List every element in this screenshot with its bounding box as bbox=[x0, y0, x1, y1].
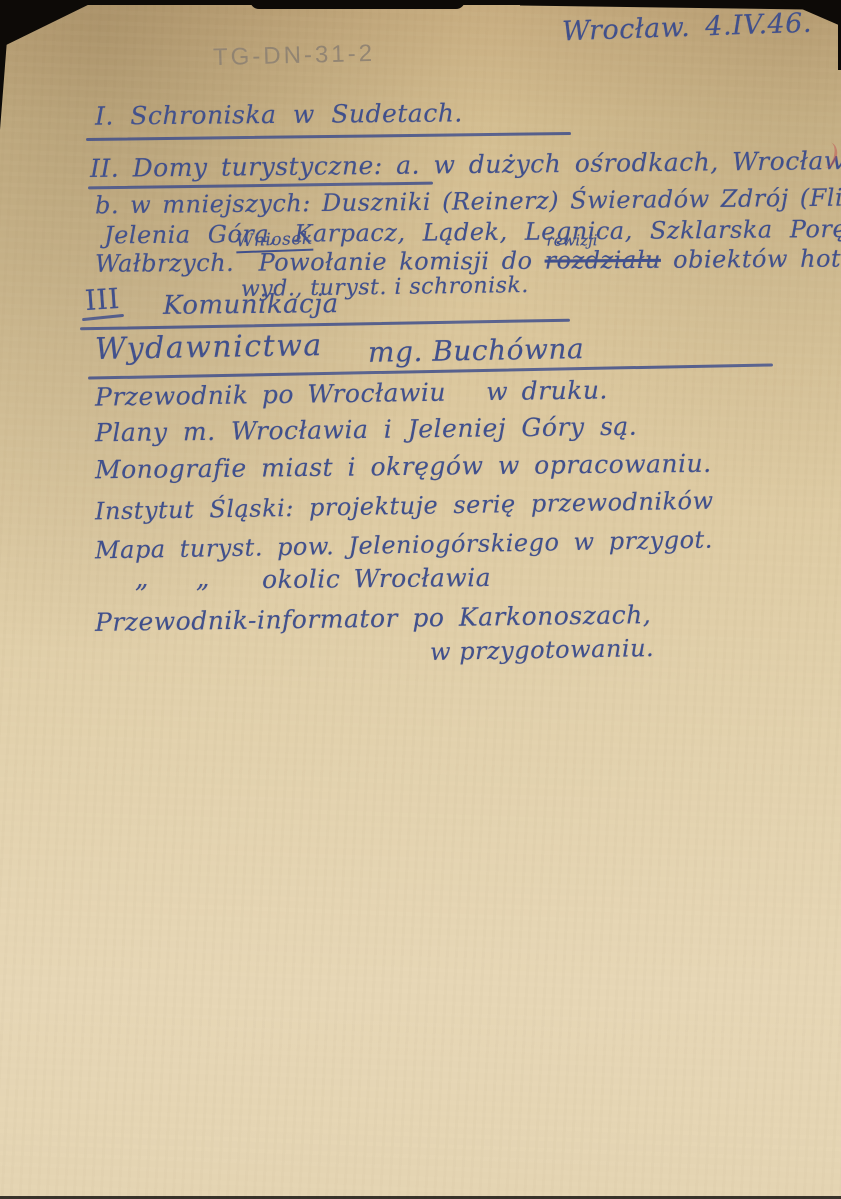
publication-line: Instytut Śląski: projektuje serię przewo… bbox=[95, 487, 714, 526]
section-ii-heading: II. Domy turystyczne bbox=[90, 151, 374, 183]
section-iii-heading: Komunikacja bbox=[163, 289, 339, 321]
motion-start: Powołanie komisji do bbox=[258, 247, 532, 277]
rewizji-insertion-stack: rewizjirozdziału bbox=[545, 246, 661, 275]
motion-end: obiektów hotelo- bbox=[673, 244, 841, 273]
publication-line: Monografie miast i okręgów w opracowaniu… bbox=[95, 449, 712, 484]
struck-word: rozdziału bbox=[545, 246, 661, 275]
rewizji-insertion: rewizji bbox=[546, 231, 597, 249]
publication-line: Przewodnik po Wrocławiu w druku. bbox=[95, 375, 608, 411]
publication-line: Mapa turyst. pow. Jeleniogórskiego w prz… bbox=[95, 526, 713, 565]
resort-list-line: Jelenia Góra, Karpacz, Lądek, Legnica, S… bbox=[104, 215, 841, 250]
publication-line: okolic Wrocławia bbox=[262, 563, 491, 594]
underline-section-i bbox=[86, 132, 571, 140]
section-ii-line: II. Domy turystyczne: a. w dużych ośrodk… bbox=[90, 146, 841, 183]
ditto-mark: „ bbox=[196, 564, 210, 594]
walbrzych-line: Wałbrzych. Powołanie komisji do rewizjir… bbox=[95, 244, 841, 278]
walbrzych-word: Wałbrzych. bbox=[95, 249, 234, 278]
section-iii-numeral: III bbox=[84, 282, 121, 317]
publication-line: w przygotowaniu. bbox=[430, 634, 655, 666]
publication-line: Plany m. Wrocławia i Jeleniej Góry są. bbox=[95, 412, 638, 448]
underline-section-iii bbox=[80, 319, 570, 330]
section-ii-rest: : a. w dużych ośrodkach, Wrocław bbox=[374, 146, 841, 180]
publications-title: Wydawnictwa bbox=[95, 328, 323, 367]
section-i-line: I. Schroniska w Sudetach. bbox=[95, 98, 463, 130]
archive-stamp: TG-DN-31-2 bbox=[213, 40, 376, 72]
ditto-mark: „ bbox=[135, 564, 149, 594]
section-ii-b-line: b. w mniejszych: Duszniki (Reinerz) Świe… bbox=[95, 183, 841, 220]
paper-sheet: TG-DN-31-2 Wrocław. 4.IV.46. I. Schronis… bbox=[0, 4, 841, 1199]
publication-line: Przewodnik-informator po Karkonoszach, bbox=[95, 600, 652, 637]
publications-author: mg. Buchówna bbox=[368, 332, 585, 369]
torn-notch-top-middle bbox=[250, 0, 465, 9]
scanned-page: TG-DN-31-2 Wrocław. 4.IV.46. I. Schronis… bbox=[0, 0, 841, 1199]
date-note: Wrocław. 4.IV.46. bbox=[562, 8, 813, 48]
